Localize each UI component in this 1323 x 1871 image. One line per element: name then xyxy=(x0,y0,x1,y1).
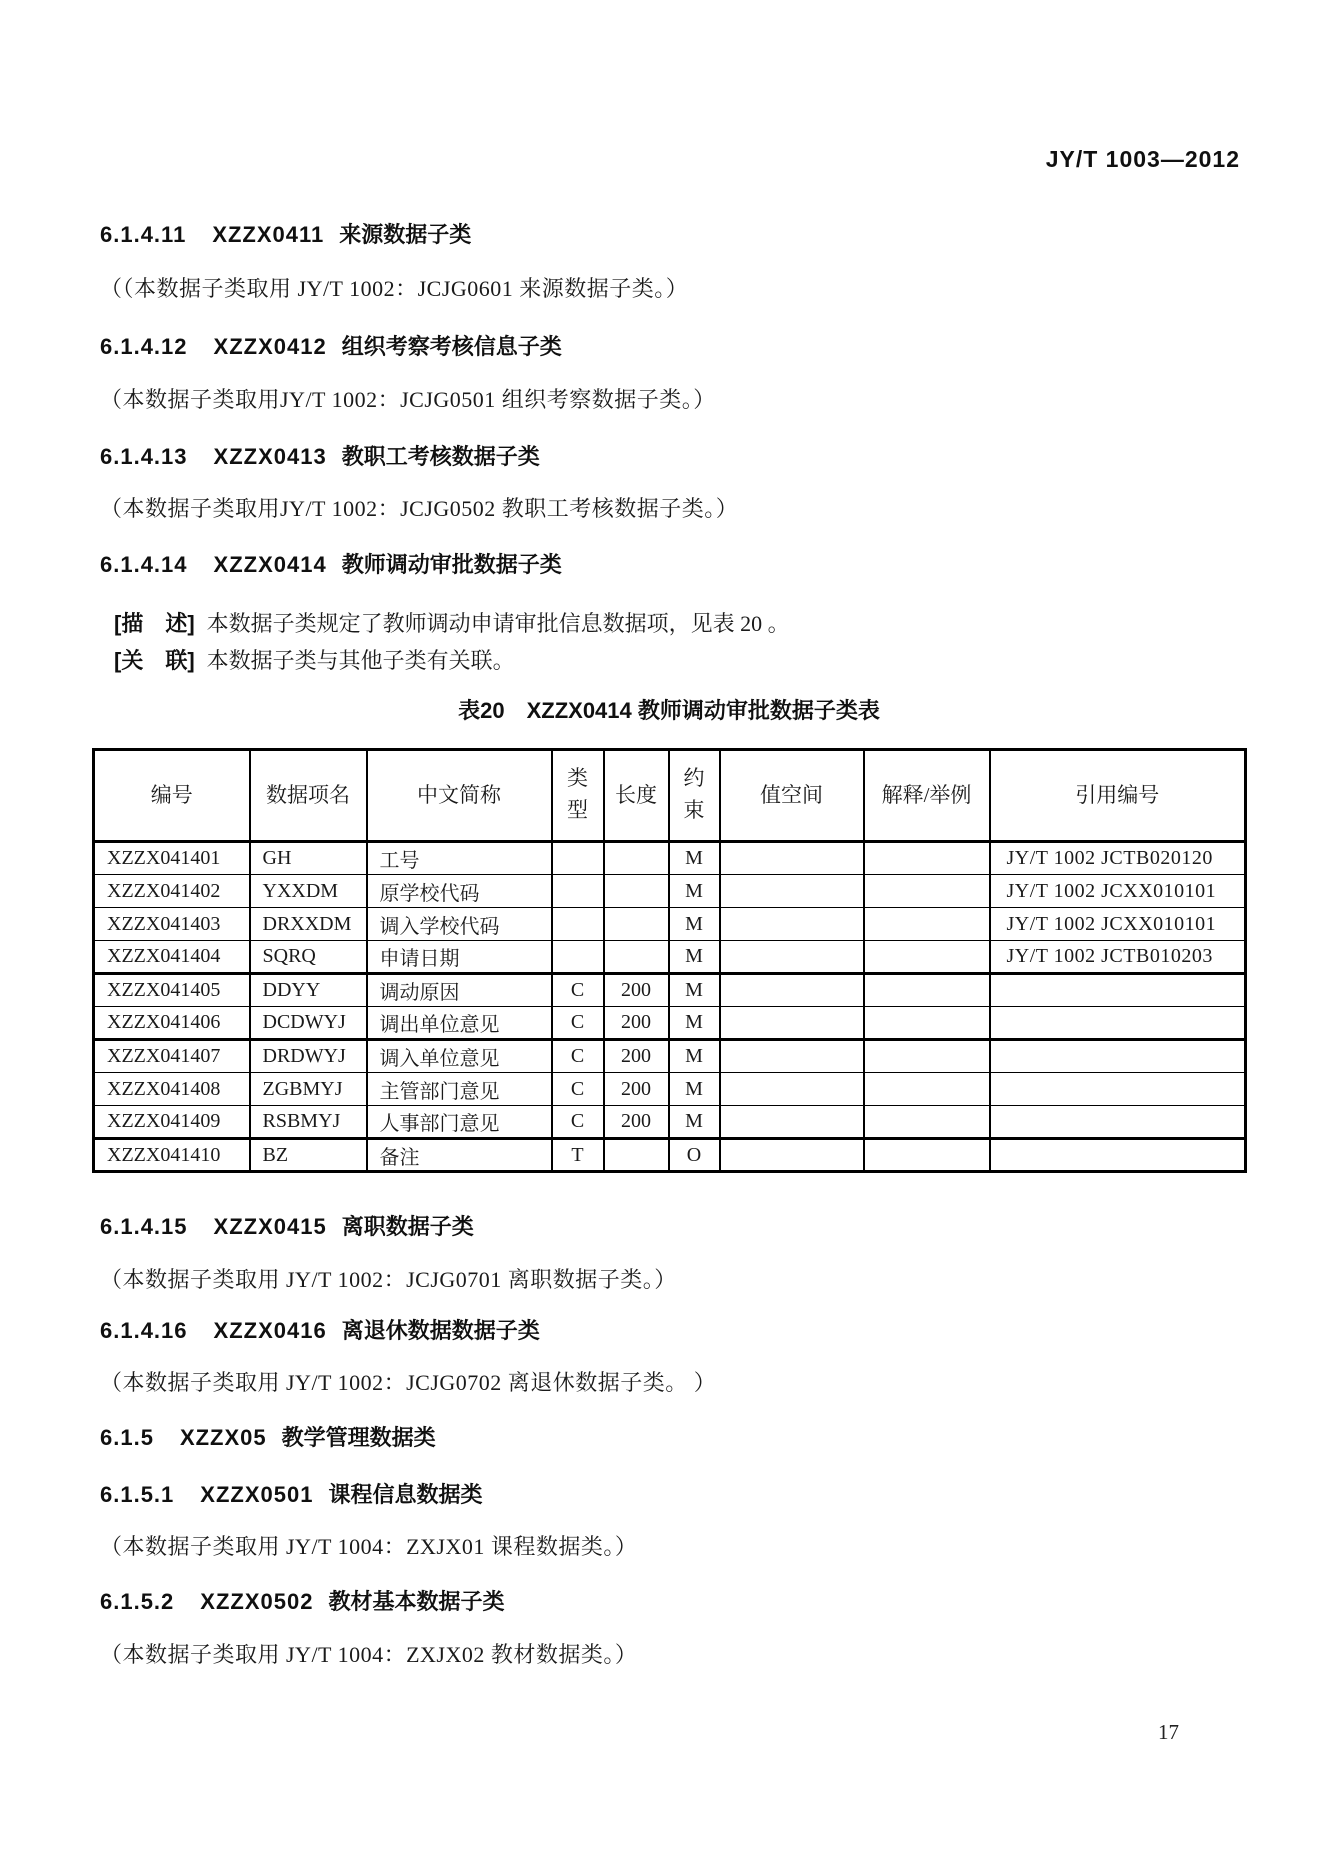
cell-cn-name: 调动原因 xyxy=(367,974,552,1007)
section-number: 6.1.5.1 xyxy=(100,1482,174,1507)
cell-reference xyxy=(990,1040,1246,1073)
table-row: XZZX041401 GH 工号 M JY/T 1002 JCTB020120 xyxy=(94,842,1246,875)
cell-cn-name: 人事部门意见 xyxy=(367,1106,552,1139)
cell-explanation xyxy=(864,1007,990,1040)
cell-item-name: DDYY xyxy=(250,974,367,1007)
description-label: [描 述] xyxy=(114,611,195,636)
section-title: 教学管理数据类 xyxy=(282,1425,436,1450)
cell-value-space xyxy=(720,1106,864,1139)
relation-text: 本数据子类与其他子类有关联。 xyxy=(207,648,515,673)
section-title: 组织考察考核信息子类 xyxy=(342,334,562,359)
cell-reference: JY/T 1002 JCXX010101 xyxy=(990,908,1246,941)
cell-cn-name: 主管部门意见 xyxy=(367,1073,552,1106)
cell-reference xyxy=(990,1007,1246,1040)
section-paragraph: （本数据子类取用 JY/T 1002：JCJG0701 离职数据子类。） xyxy=(100,1263,677,1294)
cell-number: XZZX041406 xyxy=(94,1007,250,1040)
cell-cn-name: 备注 xyxy=(367,1139,552,1172)
cell-length: 200 xyxy=(604,1040,669,1073)
table-row: XZZX041408 ZGBMYJ 主管部门意见 C 200 M xyxy=(94,1073,1246,1106)
cell-constraint: O xyxy=(669,1139,720,1172)
cell-reference xyxy=(990,1106,1246,1139)
cell-cn-name: 工号 xyxy=(367,842,552,875)
col-header-length: 长度 xyxy=(604,750,669,842)
section-paragraph: （本数据子类取用 JY/T 1004：ZXJX02 教材数据类。） xyxy=(100,1638,637,1669)
relation-line: [关 联]本数据子类与其他子类有关联。 xyxy=(114,644,515,675)
cell-item-name: DRXXDM xyxy=(250,908,367,941)
cell-length xyxy=(604,842,669,875)
cell-value-space xyxy=(720,1040,864,1073)
cell-length xyxy=(604,875,669,908)
section-heading-6-1-5: 6.1.5XZZX05教学管理数据类 xyxy=(100,1421,436,1452)
cell-number: XZZX041401 xyxy=(94,842,250,875)
section-heading-6-1-4-14: 6.1.4.14XZZX0414教师调动审批数据子类 xyxy=(100,548,562,579)
document-page: JY/T 1003—2012 6.1.4.11XZZX0411来源数据子类 （（… xyxy=(0,0,1323,1871)
cell-number: XZZX041409 xyxy=(94,1106,250,1139)
cell-number: XZZX041405 xyxy=(94,974,250,1007)
table-row: XZZX041407 DRDWYJ 调入单位意见 C 200 M xyxy=(94,1040,1246,1073)
section-number: 6.1.4.13 xyxy=(100,444,188,469)
page-content: JY/T 1003—2012 6.1.4.11XZZX0411来源数据子类 （（… xyxy=(98,0,1240,1871)
section-title: 课程信息数据类 xyxy=(328,1482,482,1507)
section-heading-6-1-4-15: 6.1.4.15XZZX0415离职数据子类 xyxy=(100,1210,474,1241)
cell-constraint: M xyxy=(669,941,720,974)
cell-type: C xyxy=(552,974,604,1007)
cell-constraint: M xyxy=(669,842,720,875)
section-title: 离职数据子类 xyxy=(342,1214,474,1239)
section-heading-6-1-4-12: 6.1.4.12XZZX0412组织考察考核信息子类 xyxy=(100,330,562,361)
section-code: XZZX0415 xyxy=(214,1214,327,1239)
cell-value-space xyxy=(720,875,864,908)
cell-item-name: DRDWYJ xyxy=(250,1040,367,1073)
cell-length: 200 xyxy=(604,1073,669,1106)
description-text: 本数据子类规定了教师调动申请审批信息数据项，见表 20 。 xyxy=(207,611,790,636)
cell-type: C xyxy=(552,1007,604,1040)
cell-item-name: GH xyxy=(250,842,367,875)
cell-number: XZZX041404 xyxy=(94,941,250,974)
cell-type: T xyxy=(552,1139,604,1172)
table-row: XZZX041406 DCDWYJ 调出单位意见 C 200 M xyxy=(94,1007,1246,1040)
cell-length xyxy=(604,1139,669,1172)
table-row: XZZX041410 BZ 备注 T O xyxy=(94,1139,1246,1172)
cell-reference: JY/T 1002 JCTB010203 xyxy=(990,941,1246,974)
relation-label: [关 联] xyxy=(114,648,195,673)
cell-constraint: M xyxy=(669,974,720,1007)
cell-reference xyxy=(990,974,1246,1007)
col-header-constraint: 约束 xyxy=(669,750,720,842)
section-paragraph: （本数据子类取用JY/T 1002：JCJG0501 组织考察数据子类。） xyxy=(100,383,716,414)
description-line: [描 述]本数据子类规定了教师调动申请审批信息数据项，见表 20 。 xyxy=(114,607,790,638)
cell-explanation xyxy=(864,1106,990,1139)
cell-length: 200 xyxy=(604,1007,669,1040)
cell-type: C xyxy=(552,1040,604,1073)
cell-type: C xyxy=(552,1106,604,1139)
cell-number: XZZX041402 xyxy=(94,875,250,908)
table-caption-title: XZZX0414 教师调动审批数据子类表 xyxy=(527,698,880,723)
col-header-explanation: 解释/举例 xyxy=(864,750,990,842)
cell-explanation xyxy=(864,875,990,908)
cell-explanation xyxy=(864,1073,990,1106)
cell-length xyxy=(604,908,669,941)
cell-constraint: M xyxy=(669,1106,720,1139)
table-caption-number: 表20 xyxy=(458,698,504,723)
section-number: 6.1.5.2 xyxy=(100,1589,174,1614)
section-title: 离退休数据数据子类 xyxy=(342,1318,540,1343)
cell-value-space xyxy=(720,941,864,974)
cell-number: XZZX041408 xyxy=(94,1073,250,1106)
cell-type xyxy=(552,908,604,941)
cell-item-name: ZGBMYJ xyxy=(250,1073,367,1106)
cell-value-space xyxy=(720,908,864,941)
section-number: 6.1.4.15 xyxy=(100,1214,188,1239)
table-row: XZZX041403 DRXXDM 调入学校代码 M JY/T 1002 JCX… xyxy=(94,908,1246,941)
doc-code-header: JY/T 1003—2012 xyxy=(98,146,1240,173)
cell-value-space xyxy=(720,1007,864,1040)
section-code: XZZX0501 xyxy=(200,1482,313,1507)
section-paragraph: （本数据子类取用 JY/T 1002：JCJG0702 离退休数据子类。 ） xyxy=(100,1366,716,1397)
col-header-reference: 引用编号 xyxy=(990,750,1246,842)
cell-value-space xyxy=(720,1139,864,1172)
col-header-number: 编号 xyxy=(94,750,250,842)
cell-item-name: YXXDM xyxy=(250,875,367,908)
cell-reference: JY/T 1002 JCTB020120 xyxy=(990,842,1246,875)
cell-type xyxy=(552,941,604,974)
cell-constraint: M xyxy=(669,875,720,908)
table-caption: 表20XZZX0414 教师调动审批数据子类表 xyxy=(98,694,1240,725)
section-number: 6.1.4.11 xyxy=(100,222,186,247)
cell-explanation xyxy=(864,1139,990,1172)
cell-number: XZZX041410 xyxy=(94,1139,250,1172)
section-code: XZZX0414 xyxy=(214,552,327,577)
cell-number: XZZX041403 xyxy=(94,908,250,941)
cell-constraint: M xyxy=(669,908,720,941)
cell-constraint: M xyxy=(669,1040,720,1073)
section-title: 教职工考核数据子类 xyxy=(342,444,540,469)
cell-item-name: BZ xyxy=(250,1139,367,1172)
section-number: 6.1.4.16 xyxy=(100,1318,188,1343)
cell-reference xyxy=(990,1073,1246,1106)
cell-explanation xyxy=(864,842,990,875)
cell-cn-name: 申请日期 xyxy=(367,941,552,974)
section-title: 来源数据子类 xyxy=(339,222,471,247)
cell-cn-name: 原学校代码 xyxy=(367,875,552,908)
section-title: 教材基本数据子类 xyxy=(328,1589,504,1614)
section-number: 6.1.5 xyxy=(100,1425,154,1450)
cell-constraint: M xyxy=(669,1007,720,1040)
cell-item-name: SQRQ xyxy=(250,941,367,974)
table-row: XZZX041404 SQRQ 申请日期 M JY/T 1002 JCTB010… xyxy=(94,941,1246,974)
section-heading-6-1-4-13: 6.1.4.13XZZX0413教职工考核数据子类 xyxy=(100,440,540,471)
section-heading-6-1-4-16: 6.1.4.16XZZX0416离退休数据数据子类 xyxy=(100,1314,540,1345)
section-number: 6.1.4.14 xyxy=(100,552,188,577)
section-paragraph: （（本数据子类取用 JY/T 1002：JCJG0601 来源数据子类。） xyxy=(100,272,688,303)
section-code: XZZX0413 xyxy=(214,444,327,469)
cell-value-space xyxy=(720,842,864,875)
cell-type xyxy=(552,842,604,875)
cell-value-space xyxy=(720,974,864,1007)
cell-reference xyxy=(990,1139,1246,1172)
section-heading-6-1-5-2: 6.1.5.2XZZX0502教材基本数据子类 xyxy=(100,1585,504,1616)
cell-reference: JY/T 1002 JCXX010101 xyxy=(990,875,1246,908)
col-header-value-space: 值空间 xyxy=(720,750,864,842)
table-row: XZZX041402 YXXDM 原学校代码 M JY/T 1002 JCXX0… xyxy=(94,875,1246,908)
col-header-type: 类型 xyxy=(552,750,604,842)
section-paragraph: （本数据子类取用 JY/T 1004：ZXJX01 课程数据类。） xyxy=(100,1530,637,1561)
section-heading-6-1-5-1: 6.1.5.1XZZX0501课程信息数据类 xyxy=(100,1478,482,1509)
section-code: XZZX0416 xyxy=(214,1318,327,1343)
section-code: XZZX0502 xyxy=(200,1589,313,1614)
cell-explanation xyxy=(864,908,990,941)
cell-length: 200 xyxy=(604,974,669,1007)
table-header-row: 编号 数据项名 中文简称 类型 长度 约束 值空间 解释/举例 引用编号 xyxy=(94,750,1246,842)
cell-item-name: RSBMYJ xyxy=(250,1106,367,1139)
cell-number: XZZX041407 xyxy=(94,1040,250,1073)
section-heading-6-1-4-11: 6.1.4.11XZZX0411来源数据子类 xyxy=(100,218,471,249)
cell-item-name: DCDWYJ xyxy=(250,1007,367,1040)
col-header-item-name: 数据项名 xyxy=(250,750,367,842)
cell-explanation xyxy=(864,1040,990,1073)
section-code: XZZX05 xyxy=(180,1425,267,1450)
cell-cn-name: 调入学校代码 xyxy=(367,908,552,941)
section-code: XZZX0412 xyxy=(214,334,327,359)
cell-cn-name: 调出单位意见 xyxy=(367,1007,552,1040)
section-number: 6.1.4.12 xyxy=(100,334,188,359)
cell-cn-name: 调入单位意见 xyxy=(367,1040,552,1073)
cell-constraint: M xyxy=(669,1073,720,1106)
section-paragraph: （本数据子类取用JY/T 1002：JCJG0502 教职工考核数据子类。） xyxy=(100,492,738,523)
cell-type xyxy=(552,875,604,908)
cell-length: 200 xyxy=(604,1106,669,1139)
page-number: 17 xyxy=(1158,1720,1179,1745)
section-code: XZZX0411 xyxy=(212,222,324,247)
col-header-cn-name: 中文简称 xyxy=(367,750,552,842)
cell-length xyxy=(604,941,669,974)
cell-explanation xyxy=(864,974,990,1007)
table-row: XZZX041409 RSBMYJ 人事部门意见 C 200 M xyxy=(94,1106,1246,1139)
section-title: 教师调动审批数据子类 xyxy=(342,552,562,577)
cell-type: C xyxy=(552,1073,604,1106)
cell-value-space xyxy=(720,1073,864,1106)
table-row: XZZX041405 DDYY 调动原因 C 200 M xyxy=(94,974,1246,1007)
data-subclass-table: 编号 数据项名 中文简称 类型 长度 约束 值空间 解释/举例 引用编号 XZZ… xyxy=(92,748,1247,1173)
cell-explanation xyxy=(864,941,990,974)
